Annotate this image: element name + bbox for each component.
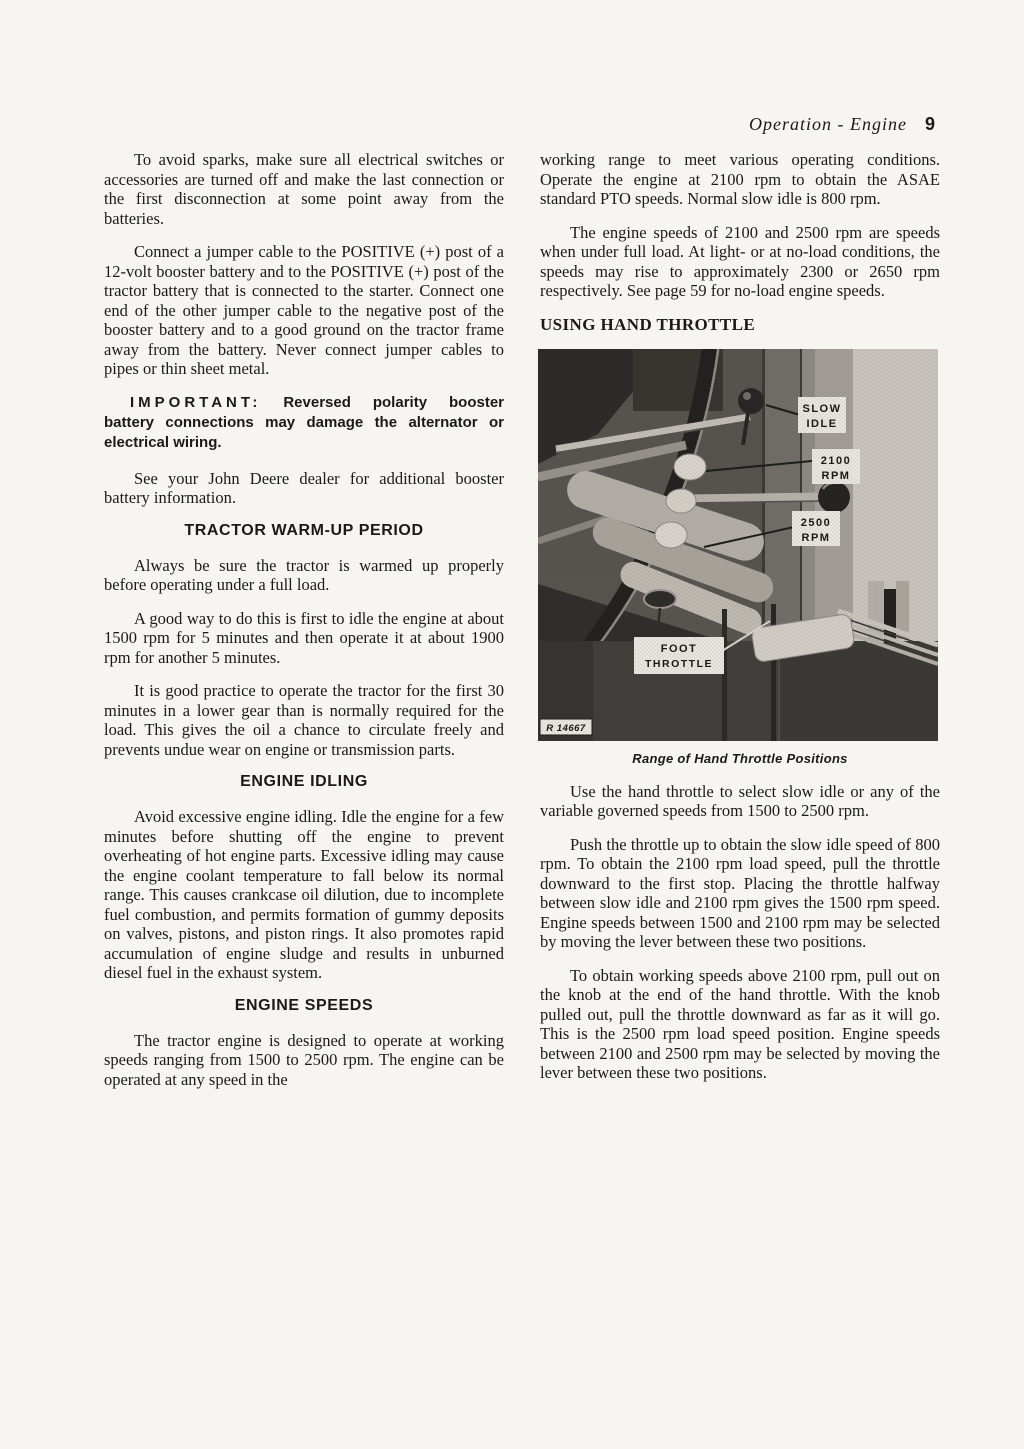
heading-using-hand-throttle: USING HAND THROTTLE: [540, 315, 940, 335]
paragraph-warmup-3: It is good practice to operate the tract…: [104, 681, 504, 759]
paragraph-idling: Avoid excessive engine idling. Idle the …: [104, 807, 504, 983]
important-label: IMPORTANT:: [130, 394, 261, 411]
running-head: Operation - Engine: [749, 114, 907, 134]
paragraph-engine-speeds: The tractor engine is designed to operat…: [104, 1031, 504, 1090]
right-column: working range to meet various operating …: [540, 150, 940, 1097]
paragraph-working-range: working range to meet various operating …: [540, 150, 940, 209]
paragraph-speeds-above-2100: To obtain working speeds above 2100 rpm,…: [540, 966, 940, 1083]
left-column: To avoid sparks, make sure all electrica…: [104, 150, 504, 1103]
paragraph-dealer: See your John Deere dealer for additiona…: [104, 469, 504, 508]
paragraph-warmup-2: A good way to do this is first to idle t…: [104, 609, 504, 668]
paragraph-push-throttle: Push the throttle up to obtain the slow …: [540, 835, 940, 952]
paragraph-full-load-speeds: The engine speeds of 2100 and 2500 rpm a…: [540, 223, 940, 301]
page-header: Operation - Engine9: [0, 114, 935, 135]
halftone-texture: [538, 349, 938, 741]
hand-throttle-photo: SLOW IDLE 2100 RPM 2500 RPM: [538, 349, 938, 741]
throttle-photo-illustration: SLOW IDLE 2100 RPM 2500 RPM: [538, 349, 938, 741]
heading-engine-idling: ENGINE IDLING: [104, 773, 504, 791]
heading-tractor-warm-up: TRACTOR WARM-UP PERIOD: [104, 522, 504, 540]
manual-page: Operation - Engine9 To avoid sparks, mak…: [0, 0, 1024, 1449]
page-number: 9: [925, 114, 935, 134]
figure-caption: Range of Hand Throttle Positions: [540, 751, 940, 766]
heading-engine-speeds: ENGINE SPEEDS: [104, 997, 504, 1015]
paragraph-use-hand-throttle: Use the hand throttle to select slow idl…: [540, 782, 940, 821]
paragraph-jumper-cable: Connect a jumper cable to the POSITIVE (…: [104, 242, 504, 379]
paragraph-avoid-sparks: To avoid sparks, make sure all electrica…: [104, 150, 504, 228]
paragraph-warmup-1: Always be sure the tractor is warmed up …: [104, 556, 504, 595]
important-notice: IMPORTANT: Reversed polarity booster bat…: [104, 393, 504, 453]
